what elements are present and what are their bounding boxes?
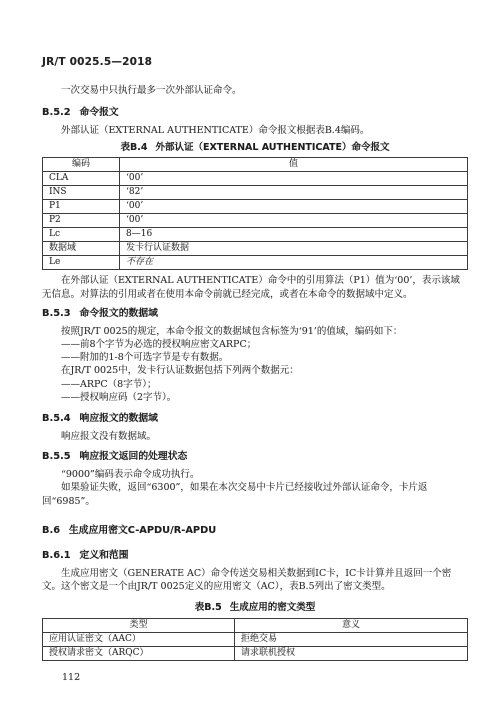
text-line: 按照JR/T 0025的规定，本命令报文的数据域包含标签为‘91’的值域，编码如…	[42, 325, 468, 338]
heading-b5-4: B.5.4响应报文的数据域	[42, 412, 468, 425]
cell-code: INS	[43, 186, 120, 200]
heading-b6-1: B.6.1定义和范围	[42, 549, 468, 562]
text-line: ——ARPC（8字节）；	[42, 378, 468, 391]
document-page: JR/T 0025.5—2018 一次交易中只执行最多一次外部认证命令。 B.5…	[0, 0, 500, 708]
cell-value: ‘82’	[120, 186, 468, 200]
cell-meaning: 拒绝交易	[235, 633, 468, 647]
table-row: Le不存在	[43, 256, 468, 270]
paragraph-after-table-b4: 在外部认证（EXTERNAL AUTHENTICATE）命令中的引用算法（P1）…	[42, 274, 468, 300]
page-number: 112	[62, 671, 468, 684]
table-b5: 类型 意义 应用认证密文（AAC）拒绝交易 授权请求密文（ARQC）请求联机授权	[42, 618, 468, 661]
paragraph-b6-1: 生成应用密文（GENERATE AC）命令传送交易相关数据到IC卡，IC卡计算并…	[42, 567, 468, 593]
table-b4-caption: 表B.4外部认证（EXTERNAL AUTHENTICATE）命令报文	[42, 141, 468, 154]
text-line: “9000”编码表示命令成功执行。	[42, 468, 468, 481]
table-row: INS‘82’	[43, 186, 468, 200]
cell-code: 数据域	[43, 242, 120, 256]
text-line: 在JR/T 0025中，发卡行认证数据包括下列两个数据元：	[42, 364, 468, 377]
paragraph-b5-3: 按照JR/T 0025的规定，本命令报文的数据域包含标签为‘91’的值域，编码如…	[42, 325, 468, 404]
cell-type: 应用认证密文（AAC）	[43, 633, 235, 647]
heading-text: 命令报文的数据域	[80, 308, 158, 319]
cell-meaning: 请求联机授权	[235, 647, 468, 661]
heading-b6: B.6生成应用密文C-APDU/R-APDU	[42, 524, 468, 537]
heading-text: 生成应用密文C-APDU/R-APDU	[69, 525, 216, 536]
table-row: 授权请求密文（ARQC）请求联机授权	[43, 647, 468, 661]
column-header: 意义	[235, 619, 468, 633]
caption-number: 表B.4	[121, 142, 148, 153]
heading-number: B.6.1	[42, 550, 71, 561]
heading-number: B.5.4	[42, 413, 71, 424]
heading-number: B.6	[42, 525, 60, 536]
heading-number: B.5.2	[42, 107, 71, 118]
table-row: CLA‘00’	[43, 172, 468, 186]
column-header: 值	[120, 158, 468, 172]
heading-text: 定义和范围	[80, 550, 129, 561]
doc-code-header: JR/T 0025.5—2018	[42, 56, 468, 69]
table-header-row: 类型 意义	[43, 619, 468, 633]
heading-text: 命令报文	[80, 107, 119, 118]
table-header-row: 编码 值	[43, 158, 468, 172]
text-line: 如果验证失败，返回“6300”，如果在本次交易中卡片已经接收过外部认证命令，卡片…	[42, 481, 468, 507]
table-row: Lc8—16	[43, 228, 468, 242]
paragraph-b5-5: “9000”编码表示命令成功执行。 如果验证失败，返回“6300”，如果在本次交…	[42, 468, 468, 508]
cell-value: ‘00’	[120, 200, 468, 214]
text-line: ——附加的1-8个可选字节是专有数据。	[42, 351, 468, 364]
intro-paragraph: 一次交易中只执行最多一次外部认证命令。	[42, 84, 468, 97]
page-content: JR/T 0025.5—2018 一次交易中只执行最多一次外部认证命令。 B.5…	[0, 0, 500, 684]
cell-value: ‘00’	[120, 214, 468, 228]
heading-number: B.5.3	[42, 308, 71, 319]
caption-text: 生成应用的密文类型	[230, 602, 316, 613]
cell-code: CLA	[43, 172, 120, 186]
table-row: 数据域发卡行认证数据	[43, 242, 468, 256]
cell-type: 授权请求密文（ARQC）	[43, 647, 235, 661]
paragraph-b5-4: 响应报文没有数据域。	[42, 430, 468, 443]
cell-code: P2	[43, 214, 120, 228]
heading-b5-2: B.5.2命令报文	[42, 106, 468, 119]
cell-value: 不存在	[120, 256, 468, 270]
cell-value: 发卡行认证数据	[120, 242, 468, 256]
table-row: 应用认证密文（AAC）拒绝交易	[43, 633, 468, 647]
heading-text: 响应报文返回的处理状态	[80, 451, 188, 462]
cell-value: ‘00’	[120, 172, 468, 186]
table-b5-caption: 表B.5生成应用的密文类型	[42, 601, 468, 614]
heading-number: B.5.5	[42, 451, 71, 462]
paragraph-b5-2: 外部认证（EXTERNAL AUTHENTICATE）命令报文根据表B.4编码。	[42, 124, 468, 137]
cell-code: Le	[43, 256, 120, 270]
heading-text: 响应报文的数据域	[80, 413, 158, 424]
column-header: 类型	[43, 619, 235, 633]
table-row: P2‘00’	[43, 214, 468, 228]
table-b4: 编码 值 CLA‘00’ INS‘82’ P1‘00’ P2‘00’ Lc8—1…	[42, 157, 468, 270]
caption-number: 表B.5	[195, 602, 222, 613]
cell-code: Lc	[43, 228, 120, 242]
table-row: P1‘00’	[43, 200, 468, 214]
caption-text: 外部认证（EXTERNAL AUTHENTICATE）命令报文	[155, 142, 389, 153]
text-line: ——前8个字节为必选的授权响应密文ARPC；	[42, 338, 468, 351]
cell-code: P1	[43, 200, 120, 214]
text-line: ——授权响应码（2字节）。	[42, 391, 468, 404]
heading-b5-5: B.5.5响应报文返回的处理状态	[42, 450, 468, 463]
cell-value: 8—16	[120, 228, 468, 242]
heading-b5-3: B.5.3命令报文的数据域	[42, 307, 468, 320]
column-header: 编码	[43, 158, 120, 172]
